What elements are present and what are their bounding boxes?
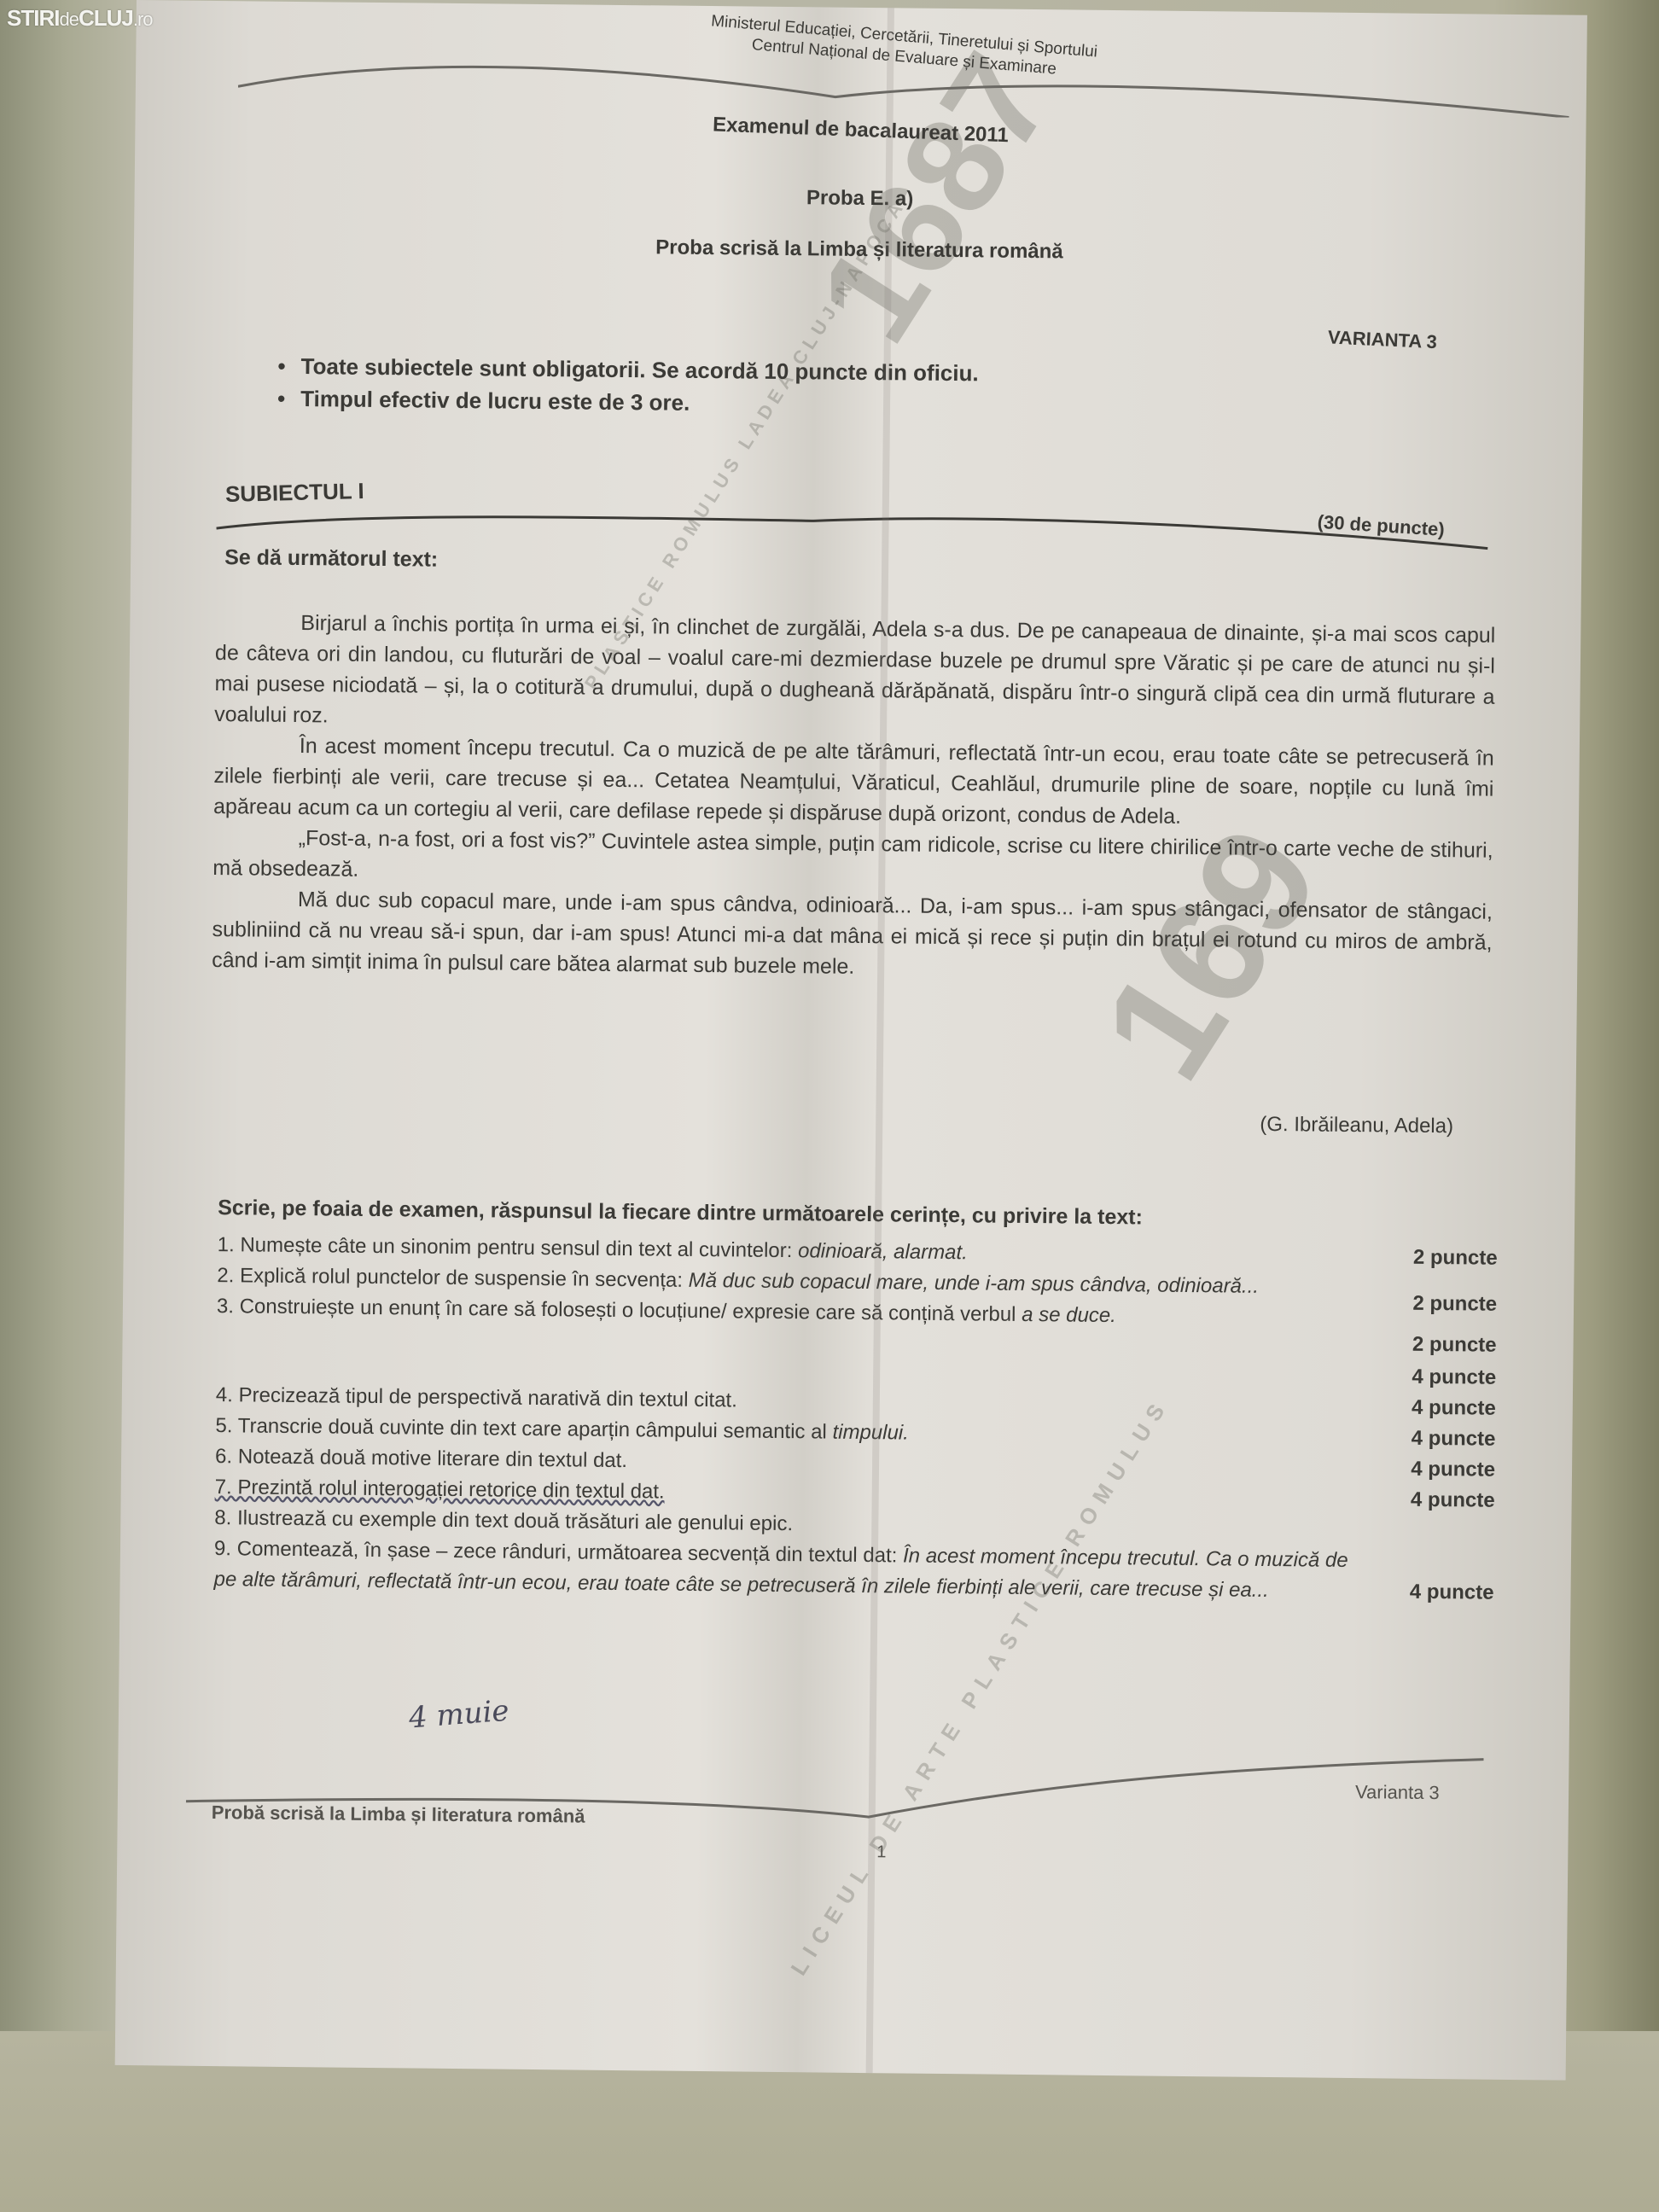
exam-paper: 1687 169 PLASTICE ROMULUS LADEA CLUJ-NAP… — [115, 0, 1587, 2081]
requirements-heading: Scrie, pe foaia de examen, răspunsul la … — [218, 1196, 1143, 1230]
points-label: 4 puncte — [1411, 1485, 1495, 1516]
points-label: 4 puncte — [1410, 1577, 1494, 1609]
passage-paragraph: Mă duc sub copacul mare, unde i-am spus … — [212, 883, 1493, 989]
handwritten-note: 4 muie — [408, 1694, 510, 1736]
site-watermark: STIRIdeCLUJ.ro — [7, 5, 153, 32]
points-label: 4 puncte — [1411, 1454, 1495, 1486]
passage-paragraph: Birjarul a închis portița în urma ei și,… — [214, 607, 1495, 743]
instructions-list: Toate subiectele sunt obligatorii. Se ac… — [277, 350, 979, 422]
points-label: 2 puncte — [1412, 1330, 1497, 1361]
literary-passage: Birjarul a închis portița în urma ei și,… — [212, 607, 1495, 989]
requirement-item: 9. Comentează, în șase – zece rânduri, u… — [213, 1534, 1494, 1609]
given-text-label: Se dă următorul text: — [224, 545, 438, 573]
variant-label: VARIANTA 3 — [1327, 326, 1437, 353]
requirements-list: 1. Numește câte un sinonim pentru sensul… — [213, 1230, 1497, 1609]
points-label: 4 puncte — [1412, 1423, 1496, 1455]
passage-paragraph: În acest moment începu trecutul. Ca o mu… — [213, 730, 1494, 835]
page-number: 1 — [876, 1842, 886, 1862]
section-title: SUBIECTUL I — [225, 478, 364, 508]
passage-source: (G. Ibrăileanu, Adela) — [1260, 1113, 1453, 1138]
section-divider — [216, 504, 1487, 552]
points-label: 4 puncte — [1412, 1362, 1496, 1394]
footer-subject: Probă scrisă la Limba și literatura româ… — [212, 1802, 585, 1828]
points-label: 4 puncte — [1412, 1393, 1496, 1424]
points-label: 2 puncte — [1413, 1243, 1498, 1274]
footer-variant: Varianta 3 — [1355, 1781, 1440, 1804]
